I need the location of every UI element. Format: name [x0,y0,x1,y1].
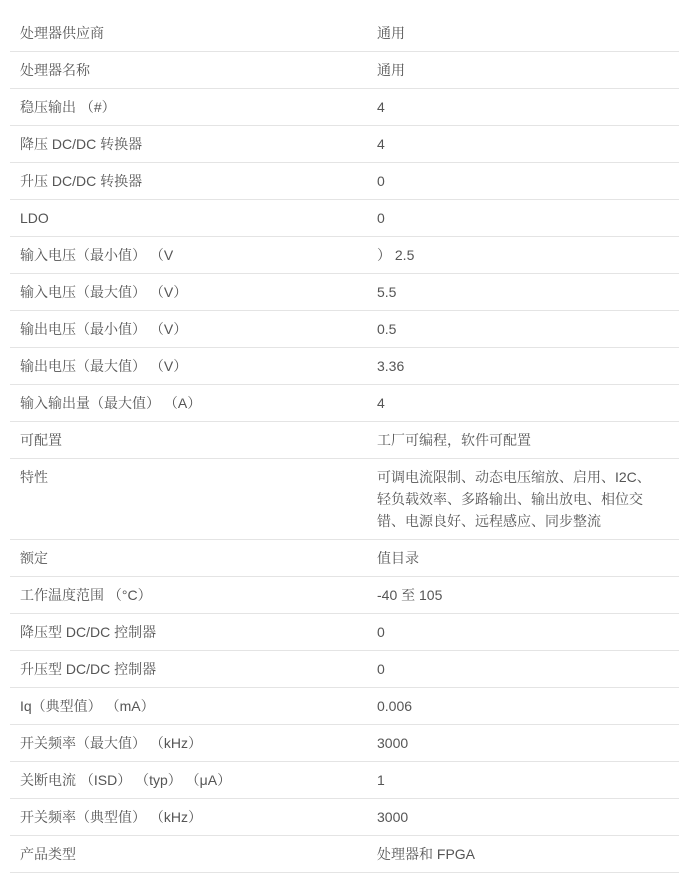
spec-row: 特性可调电流限制、动态电压缩放、启用、I2C、轻负载效率、多路输出、输出放电、相… [10,459,679,540]
spec-row-value: ） 2.5 [377,244,679,266]
spec-row: 输出电压（最小值） （V）0.5 [10,311,679,348]
spec-row: 产品类型处理器和 FPGA [10,836,679,873]
spec-row-value: 工厂可编程，软件可配置 [377,429,679,451]
spec-row-value: 值目录 [377,547,679,569]
spec-row-value: 处理器和 FPGA [377,843,679,865]
spec-row: 工作温度范围 （°C）-40 至 105 [10,577,679,614]
spec-row-label: 处理器名称 [10,59,377,81]
spec-row: 升压 DC/DC 转换器0 [10,163,679,200]
spec-row-value: 可调电流限制、动态电压缩放、启用、I2C、轻负载效率、多路输出、输出放电、相位交… [377,466,679,532]
spec-row-label: 可配置 [10,429,377,451]
spec-row-label: 特性 [10,466,377,488]
spec-row-value: 4 [377,133,679,155]
spec-row-value: 0 [377,207,679,229]
spec-row: 稳压输出 （#）4 [10,89,679,126]
spec-row-label: 产品类型 [10,843,377,865]
spec-table: 处理器供应商通用处理器名称通用稳压输出 （#）4降压 DC/DC 转换器4升压 … [10,15,679,873]
spec-row: 输入电压（最小值） （V） 2.5 [10,237,679,274]
spec-row: 升压型 DC/DC 控制器0 [10,651,679,688]
spec-row-label: 降压 DC/DC 转换器 [10,133,377,155]
spec-row: 开关频率（典型值） （kHz）3000 [10,799,679,836]
spec-row: 处理器供应商通用 [10,15,679,52]
spec-row-value: 3000 [377,806,679,828]
spec-row-label: 输出电压（最小值） （V） [10,318,377,340]
spec-row-label: 降压型 DC/DC 控制器 [10,621,377,643]
spec-row-value: 5.5 [377,281,679,303]
spec-row-label: 升压 DC/DC 转换器 [10,170,377,192]
spec-row: 关断电流 （ISD） （typ） （μA）1 [10,762,679,799]
spec-row-value: 0 [377,621,679,643]
spec-row: 输入输出量（最大值） （A）4 [10,385,679,422]
spec-row-value: 4 [377,392,679,414]
spec-row-value: -40 至 105 [377,584,679,606]
spec-row-label: 开关频率（典型值） （kHz） [10,806,377,828]
spec-row-value: 4 [377,96,679,118]
spec-row: LDO0 [10,200,679,237]
spec-row-label: 输入电压（最小值） （V [10,244,377,266]
spec-row-label: 关断电流 （ISD） （typ） （μA） [10,769,377,791]
spec-row: 输出电压（最大值） （V）3.36 [10,348,679,385]
spec-row-label: 工作温度范围 （°C） [10,584,377,606]
spec-row: 降压 DC/DC 转换器4 [10,126,679,163]
spec-row: 额定值目录 [10,540,679,577]
spec-row-value: 通用 [377,59,679,81]
spec-row-value: 通用 [377,22,679,44]
spec-row-value: 3000 [377,732,679,754]
spec-row-label: 稳压输出 （#） [10,96,377,118]
spec-row: 降压型 DC/DC 控制器0 [10,614,679,651]
spec-row-label: 开关频率（最大值） （kHz） [10,732,377,754]
spec-row: 输入电压（最大值） （V）5.5 [10,274,679,311]
spec-row-value: 0.006 [377,695,679,717]
spec-row: 可配置工厂可编程，软件可配置 [10,422,679,459]
spec-row-label: LDO [10,207,377,229]
spec-row-value: 0 [377,658,679,680]
spec-row-label: 输入输出量（最大值） （A） [10,392,377,414]
spec-row-label: 升压型 DC/DC 控制器 [10,658,377,680]
spec-row: 处理器名称通用 [10,52,679,89]
spec-row: Iq（典型值） （mA）0.006 [10,688,679,725]
spec-row-label: 额定 [10,547,377,569]
spec-row-value: 1 [377,769,679,791]
spec-row-value: 3.36 [377,355,679,377]
spec-row-label: 处理器供应商 [10,22,377,44]
spec-row-label: Iq（典型值） （mA） [10,695,377,717]
spec-row-value: 0 [377,170,679,192]
spec-row: 开关频率（最大值） （kHz）3000 [10,725,679,762]
spec-row-label: 输入电压（最大值） （V） [10,281,377,303]
spec-row-value: 0.5 [377,318,679,340]
spec-row-label: 输出电压（最大值） （V） [10,355,377,377]
